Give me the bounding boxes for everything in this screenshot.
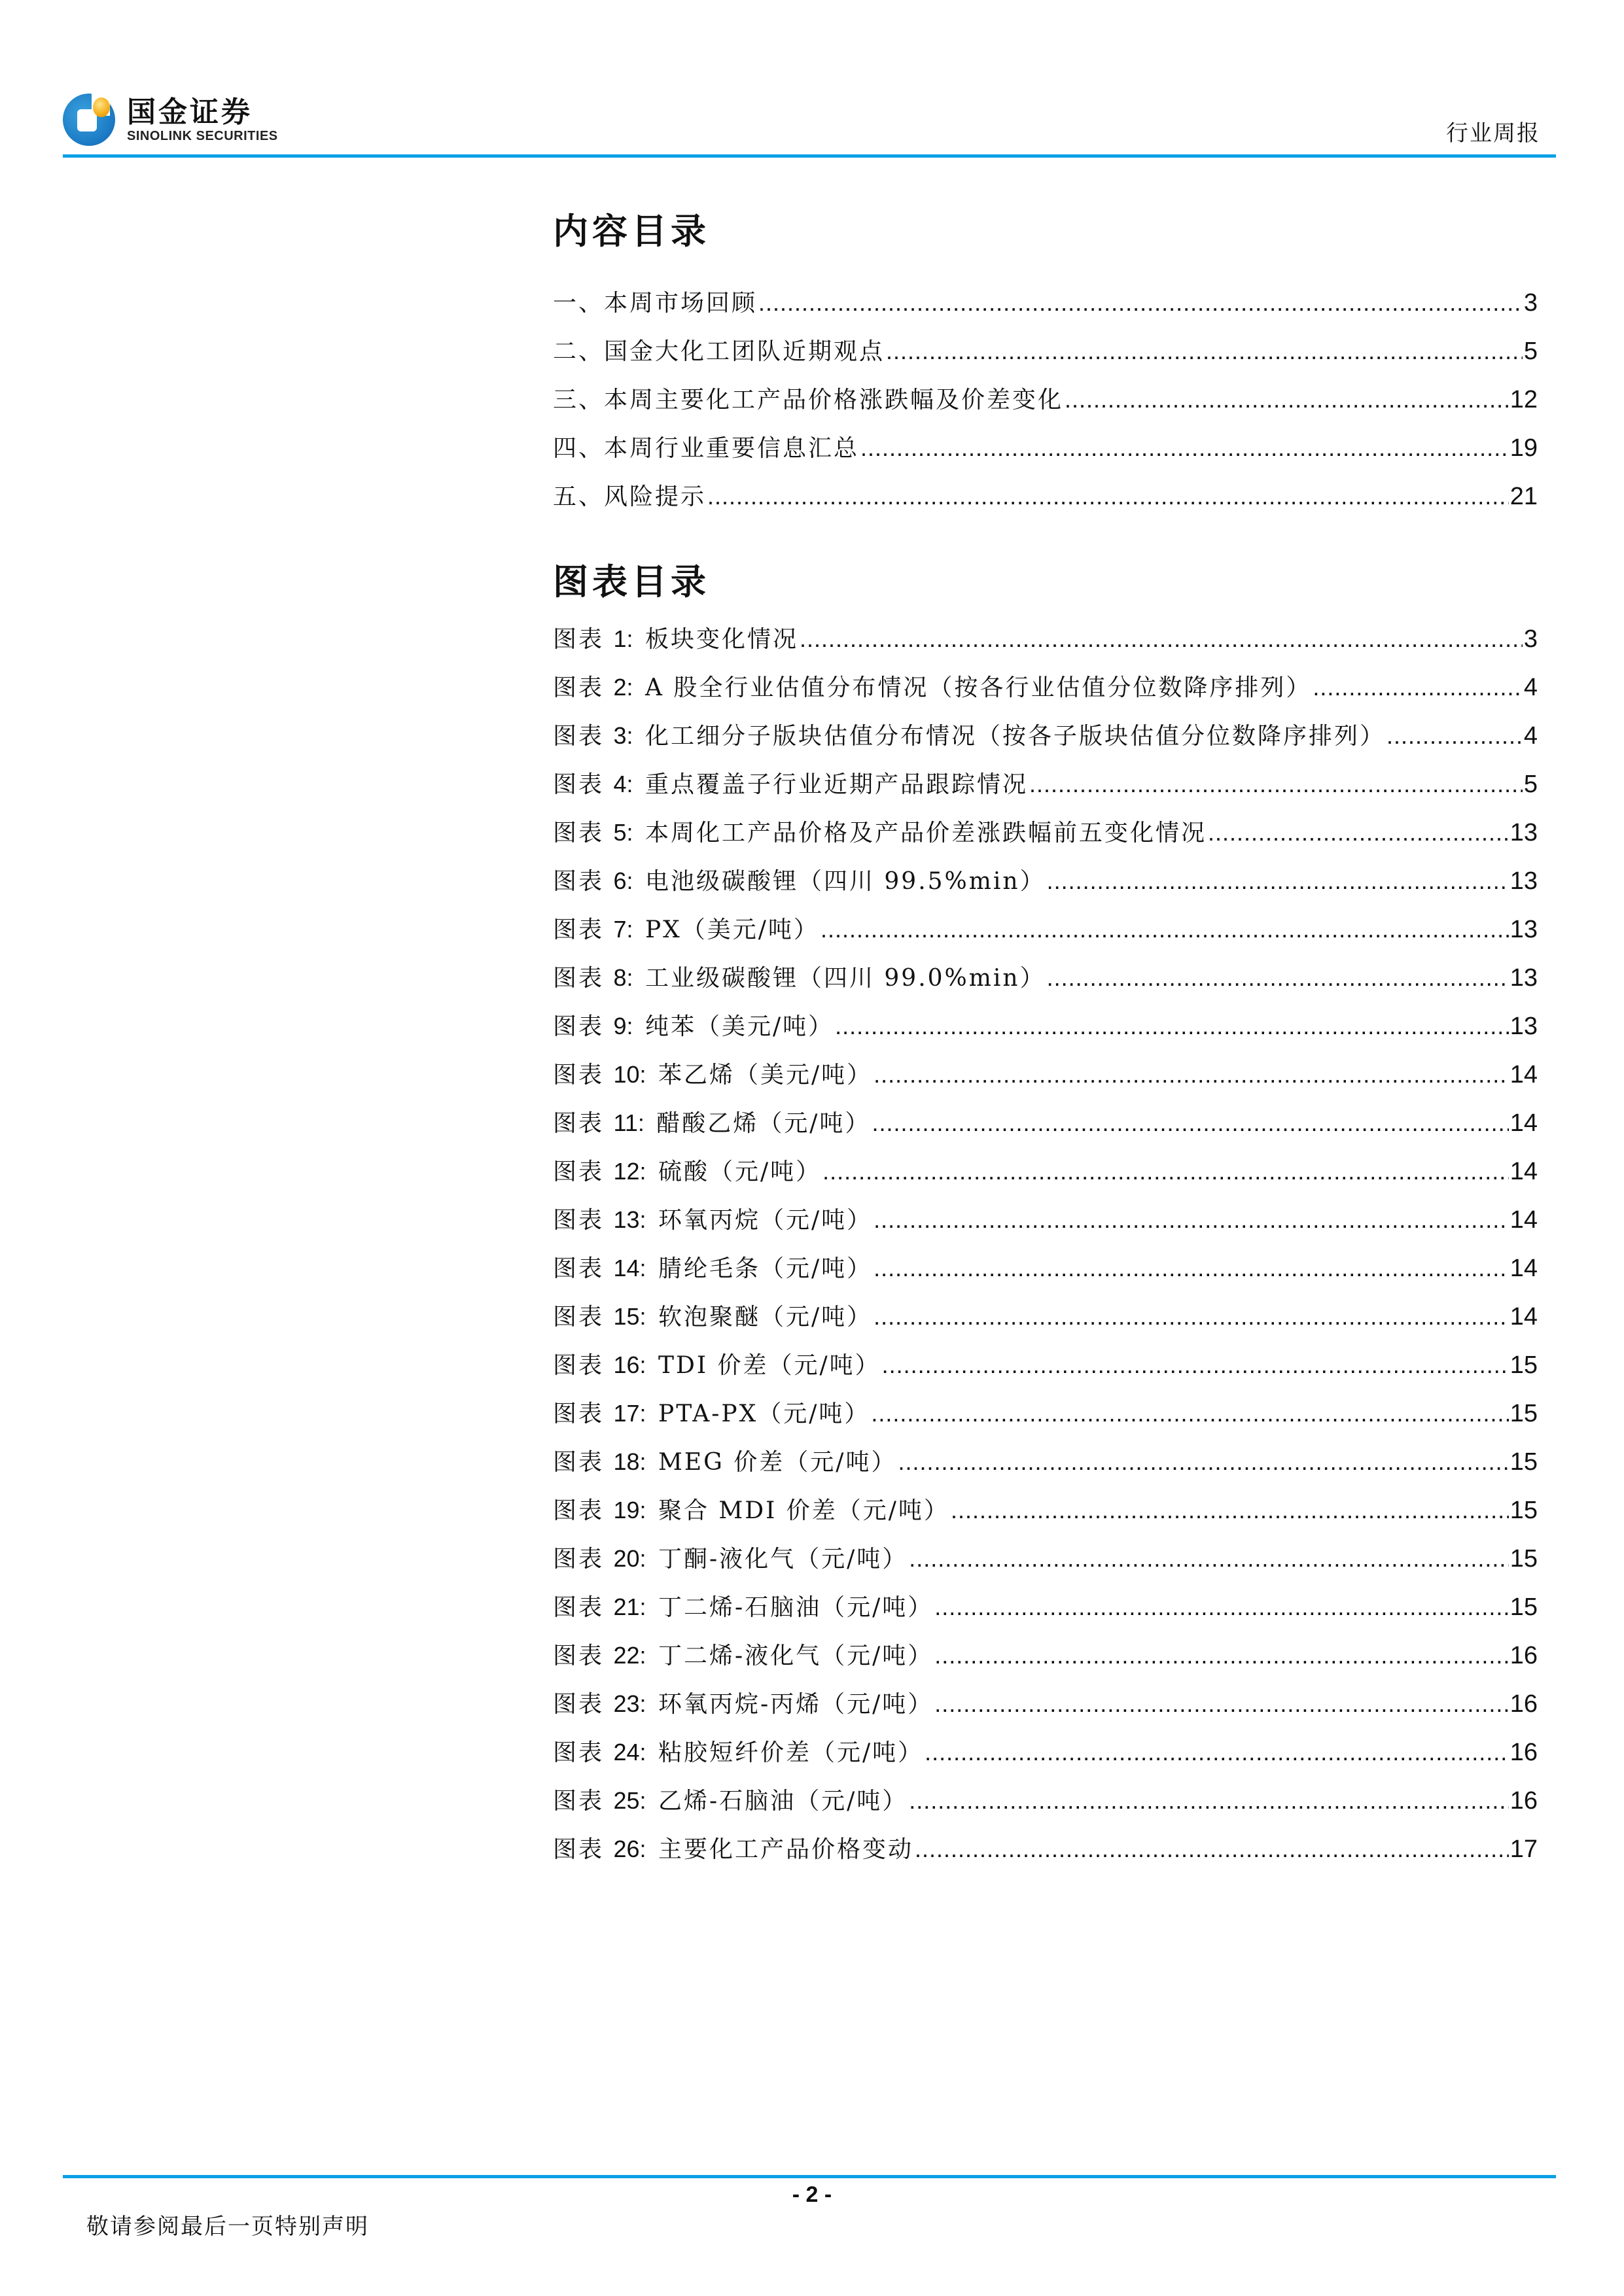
page-ref: 12 bbox=[1510, 375, 1538, 424]
figure-prefix: 图表 bbox=[553, 820, 604, 846]
figure-entry[interactable]: 图表 20: 丁酮-液化气（元/吨）15 bbox=[553, 1535, 1538, 1583]
header-divider bbox=[63, 154, 1556, 158]
figure-number: 4: bbox=[613, 771, 633, 797]
page-ref: 14 bbox=[1510, 1293, 1538, 1341]
toc-entry-title: 一、本周市场回顾 bbox=[553, 279, 757, 328]
dot-leader bbox=[1208, 809, 1509, 857]
figure-entry[interactable]: 图表 12: 硫酸（元/吨）14 bbox=[553, 1147, 1538, 1196]
figure-prefix: 图表 bbox=[553, 1062, 604, 1088]
figure-prefix: 图表 bbox=[553, 1836, 604, 1863]
toc-entry[interactable]: 四、本周行业重要信息汇总19 bbox=[553, 424, 1538, 472]
figures-list: 图表 1: 板块变化情况3图表 2: A 股全行业估值分布情况（按各行业估值分位… bbox=[553, 615, 1538, 1873]
figure-number: 3: bbox=[613, 722, 633, 749]
figure-title: A 股全行业估值分布情况（按各行业估值分位数降序排列） bbox=[645, 674, 1311, 701]
dot-leader bbox=[1386, 712, 1523, 760]
figure-prefix: 图表 bbox=[553, 1643, 604, 1669]
dot-leader bbox=[874, 1196, 1509, 1244]
figure-title: 腈纶毛条（元/吨） bbox=[658, 1255, 872, 1282]
figure-title: PX（美元/吨） bbox=[645, 916, 819, 943]
figure-number: 22: bbox=[613, 1642, 646, 1669]
figure-number: 15: bbox=[613, 1303, 646, 1330]
figure-entry[interactable]: 图表 13: 环氧丙烷（元/吨）14 bbox=[553, 1196, 1538, 1244]
page-ref: 3 bbox=[1524, 279, 1538, 327]
toc-entry[interactable]: 一、本周市场回顾3 bbox=[553, 279, 1538, 327]
figure-title: 粘胶短纤价差（元/吨） bbox=[658, 1739, 923, 1766]
dot-leader bbox=[934, 1583, 1508, 1631]
figure-prefix: 图表 bbox=[553, 1594, 604, 1621]
figure-title: PTA-PX（元/吨） bbox=[658, 1400, 870, 1427]
figure-entry[interactable]: 图表 3: 化工细分子版块估值分布情况（按各子版块估值分位数降序排列）4 bbox=[553, 712, 1538, 760]
page-ref: 4 bbox=[1524, 712, 1538, 760]
dot-leader bbox=[835, 1002, 1509, 1051]
dot-leader bbox=[915, 1825, 1509, 1873]
contents-list: 一、本周市场回顾3二、国金大化工团队近期观点5三、本周主要化工产品价格涨跌幅及价… bbox=[553, 279, 1538, 521]
page-ref: 14 bbox=[1510, 1244, 1538, 1293]
dot-leader bbox=[1047, 857, 1509, 905]
figure-entry[interactable]: 图表 11: 醋酸乙烯（元/吨）14 bbox=[553, 1099, 1538, 1147]
figure-number: 10: bbox=[613, 1061, 646, 1088]
figure-prefix: 图表 bbox=[553, 1400, 604, 1427]
figure-title: 硫酸（元/吨） bbox=[658, 1158, 821, 1185]
figure-prefix: 图表 bbox=[553, 1497, 604, 1524]
figure-number: 21: bbox=[613, 1593, 646, 1620]
figure-prefix: 图表 bbox=[553, 1788, 604, 1815]
figure-number: 20: bbox=[613, 1545, 646, 1572]
page-ref: 19 bbox=[1510, 424, 1538, 472]
figure-entry[interactable]: 图表 4: 重点覆盖子行业近期产品跟踪情况5 bbox=[553, 760, 1538, 809]
figure-prefix: 图表 bbox=[553, 1304, 604, 1331]
toc-entry[interactable]: 二、国金大化工团队近期观点5 bbox=[553, 327, 1538, 375]
dot-leader bbox=[925, 1728, 1509, 1777]
figure-prefix: 图表 bbox=[553, 1207, 604, 1234]
figure-title: 醋酸乙烯（元/吨） bbox=[656, 1110, 870, 1137]
figure-number: 7: bbox=[613, 916, 633, 943]
figure-prefix: 图表 bbox=[553, 674, 604, 701]
figure-title: 软泡聚醚（元/吨） bbox=[658, 1304, 872, 1331]
figure-number: 18: bbox=[613, 1448, 646, 1475]
figure-entry[interactable]: 图表 24: 粘胶短纤价差（元/吨）16 bbox=[553, 1728, 1538, 1777]
dot-leader bbox=[872, 1099, 1508, 1147]
page-ref: 15 bbox=[1510, 1486, 1538, 1535]
figure-entry[interactable]: 图表 18: MEG 价差（元/吨）15 bbox=[553, 1438, 1538, 1486]
dot-leader bbox=[758, 279, 1523, 327]
report-type-label: 行业周报 bbox=[1446, 115, 1540, 147]
dot-leader bbox=[821, 905, 1509, 954]
dot-leader bbox=[934, 1680, 1508, 1728]
figure-number: 25: bbox=[613, 1787, 646, 1814]
page-ref: 3 bbox=[1524, 615, 1538, 663]
dot-leader bbox=[882, 1341, 1509, 1389]
page-ref: 13 bbox=[1510, 809, 1538, 857]
dot-leader bbox=[1047, 954, 1509, 1002]
dot-leader bbox=[822, 1147, 1509, 1196]
figure-number: 14: bbox=[613, 1255, 646, 1281]
figure-entry[interactable]: 图表 6: 电池级碳酸锂（四川 99.5%min）13 bbox=[553, 857, 1538, 905]
toc-entry-title: 三、本周主要化工产品价格涨跌幅及价差变化 bbox=[553, 376, 1063, 425]
figure-entry[interactable]: 图表 1: 板块变化情况3 bbox=[553, 615, 1538, 663]
figure-title: 板块变化情况 bbox=[645, 626, 798, 653]
figure-title: TDI 价差（元/吨） bbox=[658, 1352, 881, 1379]
figure-entry[interactable]: 图表 10: 苯乙烯（美元/吨）14 bbox=[553, 1051, 1538, 1099]
contents-title: 内容目录 bbox=[553, 211, 1538, 252]
figure-entry[interactable]: 图表 19: 聚合 MDI 价差（元/吨）15 bbox=[553, 1486, 1538, 1535]
dot-leader bbox=[909, 1535, 1508, 1583]
figure-number: 11: bbox=[613, 1109, 644, 1136]
figure-number: 1: bbox=[613, 625, 633, 652]
dot-leader bbox=[1029, 760, 1523, 809]
figure-number: 8: bbox=[613, 964, 633, 991]
page-ref: 15 bbox=[1510, 1583, 1538, 1631]
page-ref: 16 bbox=[1510, 1680, 1538, 1728]
toc-entry-title: 五、风险提示 bbox=[553, 473, 706, 521]
page-ref: 15 bbox=[1510, 1438, 1538, 1486]
page-ref: 15 bbox=[1510, 1389, 1538, 1438]
figure-number: 9: bbox=[613, 1013, 633, 1039]
dot-leader bbox=[909, 1777, 1508, 1825]
figure-entry[interactable]: 图表 5: 本周化工产品价格及产品价差涨跌幅前五变化情况13 bbox=[553, 809, 1538, 857]
page-ref: 16 bbox=[1510, 1728, 1538, 1777]
contents-toc: 内容目录 一、本周市场回顾3二、国金大化工团队近期观点5三、本周主要化工产品价格… bbox=[553, 211, 1538, 521]
figure-prefix: 图表 bbox=[553, 1352, 604, 1379]
figure-prefix: 图表 bbox=[553, 1449, 604, 1476]
dot-leader bbox=[1065, 375, 1509, 424]
toc-entry[interactable]: 三、本周主要化工产品价格涨跌幅及价差变化12 bbox=[553, 375, 1538, 424]
page-ref: 13 bbox=[1510, 1002, 1538, 1051]
figure-number: 5: bbox=[613, 819, 633, 846]
dot-leader bbox=[860, 424, 1509, 472]
figure-number: 17: bbox=[613, 1400, 646, 1427]
page-ref: 5 bbox=[1524, 327, 1538, 375]
dot-leader bbox=[874, 1293, 1509, 1341]
figure-entry[interactable]: 图表 23: 环氧丙烷-丙烯（元/吨）16 bbox=[553, 1680, 1538, 1728]
page-ref: 15 bbox=[1510, 1535, 1538, 1583]
page-ref: 5 bbox=[1524, 760, 1538, 809]
figure-prefix: 图表 bbox=[553, 626, 604, 653]
figure-entry[interactable]: 图表 9: 纯苯（美元/吨）13 bbox=[553, 1002, 1538, 1051]
toc-entry-title: 四、本周行业重要信息汇总 bbox=[553, 425, 859, 473]
figure-prefix: 图表 bbox=[553, 1013, 604, 1040]
figure-entry[interactable]: 图表 21: 丁二烯-石脑油（元/吨）15 bbox=[553, 1583, 1538, 1631]
footer-divider bbox=[63, 2175, 1556, 2178]
toc-entry-title: 二、国金大化工团队近期观点 bbox=[553, 328, 885, 376]
figure-number: 23: bbox=[613, 1690, 646, 1717]
figure-title: 工业级碳酸锂（四川 99.0%min） bbox=[645, 965, 1046, 992]
figure-title: 重点覆盖子行业近期产品跟踪情况 bbox=[645, 771, 1028, 798]
dot-leader bbox=[934, 1631, 1508, 1680]
page-ref: 16 bbox=[1510, 1777, 1538, 1825]
figure-number: 24: bbox=[613, 1739, 646, 1765]
page-ref: 14 bbox=[1510, 1051, 1538, 1099]
figure-entry[interactable]: 图表 15: 软泡聚醚（元/吨）14 bbox=[553, 1293, 1538, 1341]
figure-title: 化工细分子版块估值分布情况（按各子版块估值分位数降序排列） bbox=[645, 723, 1385, 750]
page-ref: 21 bbox=[1510, 472, 1538, 521]
figure-prefix: 图表 bbox=[553, 868, 604, 895]
figure-prefix: 图表 bbox=[553, 771, 604, 798]
logo-english-name: SINOLINK SECURITIES bbox=[127, 128, 278, 144]
figure-number: 13: bbox=[613, 1206, 646, 1233]
figure-entry[interactable]: 图表 2: A 股全行业估值分布情况（按各行业估值分位数降序排列）4 bbox=[553, 663, 1538, 712]
figure-prefix: 图表 bbox=[553, 723, 604, 750]
figures-toc: 图表目录 图表 1: 板块变化情况3图表 2: A 股全行业估值分布情况（按各行… bbox=[553, 561, 1538, 1873]
figures-title: 图表目录 bbox=[553, 561, 1538, 603]
page-ref: 14 bbox=[1510, 1099, 1538, 1147]
figure-entry[interactable]: 图表 22: 丁二烯-液化气（元/吨）16 bbox=[553, 1631, 1538, 1680]
dot-leader bbox=[886, 327, 1523, 375]
figure-entry[interactable]: 图表 8: 工业级碳酸锂（四川 99.0%min）13 bbox=[553, 954, 1538, 1002]
dot-leader bbox=[874, 1244, 1509, 1293]
figure-number: 6: bbox=[613, 867, 633, 894]
figure-prefix: 图表 bbox=[553, 1691, 604, 1718]
figure-title: 环氧丙烷（元/吨） bbox=[658, 1207, 872, 1234]
dot-leader bbox=[1313, 663, 1522, 712]
figure-number: 16: bbox=[613, 1351, 646, 1378]
disclaimer-note: 敬请参阅最后一页特别声明 bbox=[86, 2208, 369, 2240]
page-ref: 13 bbox=[1510, 954, 1538, 1002]
figure-entry[interactable]: 图表 16: TDI 价差（元/吨）15 bbox=[553, 1341, 1538, 1389]
figure-title: 丁二烯-液化气（元/吨） bbox=[658, 1643, 933, 1669]
figure-prefix: 图表 bbox=[553, 965, 604, 992]
figure-title: 丁酮-液化气（元/吨） bbox=[658, 1546, 908, 1573]
logo-chinese-name: 国金证券 bbox=[127, 97, 278, 128]
page-ref: 14 bbox=[1510, 1196, 1538, 1244]
figure-title: 主要化工产品价格变动 bbox=[658, 1836, 913, 1863]
figure-title: 电池级碳酸锂（四川 99.5%min） bbox=[645, 868, 1046, 895]
figure-title: 丁二烯-石脑油（元/吨） bbox=[658, 1594, 933, 1621]
figure-title: 乙烯-石脑油（元/吨） bbox=[658, 1788, 908, 1815]
figure-prefix: 图表 bbox=[553, 916, 604, 943]
figure-entry[interactable]: 图表 17: PTA-PX（元/吨）15 bbox=[553, 1389, 1538, 1438]
logo-emblem-icon bbox=[63, 94, 116, 147]
dot-leader bbox=[707, 472, 1509, 521]
figure-prefix: 图表 bbox=[553, 1110, 604, 1137]
figure-prefix: 图表 bbox=[553, 1739, 604, 1766]
figure-title: 苯乙烯（美元/吨） bbox=[658, 1062, 872, 1088]
figure-prefix: 图表 bbox=[553, 1255, 604, 1282]
figure-number: 12: bbox=[613, 1158, 646, 1185]
toc-entry[interactable]: 五、风险提示21 bbox=[553, 472, 1538, 521]
figure-number: 26: bbox=[613, 1835, 646, 1862]
figure-title: 纯苯（美元/吨） bbox=[645, 1013, 834, 1040]
page-ref: 16 bbox=[1510, 1631, 1538, 1680]
figure-number: 2: bbox=[613, 674, 633, 701]
page-ref: 17 bbox=[1510, 1825, 1538, 1873]
figure-number: 19: bbox=[613, 1497, 646, 1523]
figure-entry[interactable]: 图表 26: 主要化工产品价格变动17 bbox=[553, 1825, 1538, 1873]
page-ref: 14 bbox=[1510, 1147, 1538, 1196]
page-ref: 13 bbox=[1510, 857, 1538, 905]
page-ref: 15 bbox=[1510, 1341, 1538, 1389]
page-number: - 2 - bbox=[0, 2182, 1624, 2208]
figure-title: 本周化工产品价格及产品价差涨跌幅前五变化情况 bbox=[645, 820, 1207, 846]
dot-leader bbox=[871, 1389, 1508, 1438]
page-ref: 13 bbox=[1510, 905, 1538, 954]
page-ref: 4 bbox=[1524, 663, 1538, 712]
figure-prefix: 图表 bbox=[553, 1158, 604, 1185]
dot-leader bbox=[800, 615, 1523, 663]
figure-entry[interactable]: 图表 14: 腈纶毛条（元/吨）14 bbox=[553, 1244, 1538, 1293]
figure-title: 聚合 MDI 价差（元/吨） bbox=[658, 1497, 949, 1524]
figure-prefix: 图表 bbox=[553, 1546, 604, 1573]
dot-leader bbox=[898, 1438, 1508, 1486]
dot-leader bbox=[951, 1486, 1509, 1535]
dot-leader bbox=[874, 1051, 1509, 1099]
figure-title: MEG 价差（元/吨） bbox=[658, 1449, 896, 1476]
figure-entry[interactable]: 图表 25: 乙烯-石脑油（元/吨）16 bbox=[553, 1777, 1538, 1825]
figure-title: 环氧丙烷-丙烯（元/吨） bbox=[658, 1691, 933, 1718]
figure-entry[interactable]: 图表 7: PX（美元/吨）13 bbox=[553, 905, 1538, 954]
company-logo: 国金证券 SINOLINK SECURITIES bbox=[63, 94, 278, 147]
